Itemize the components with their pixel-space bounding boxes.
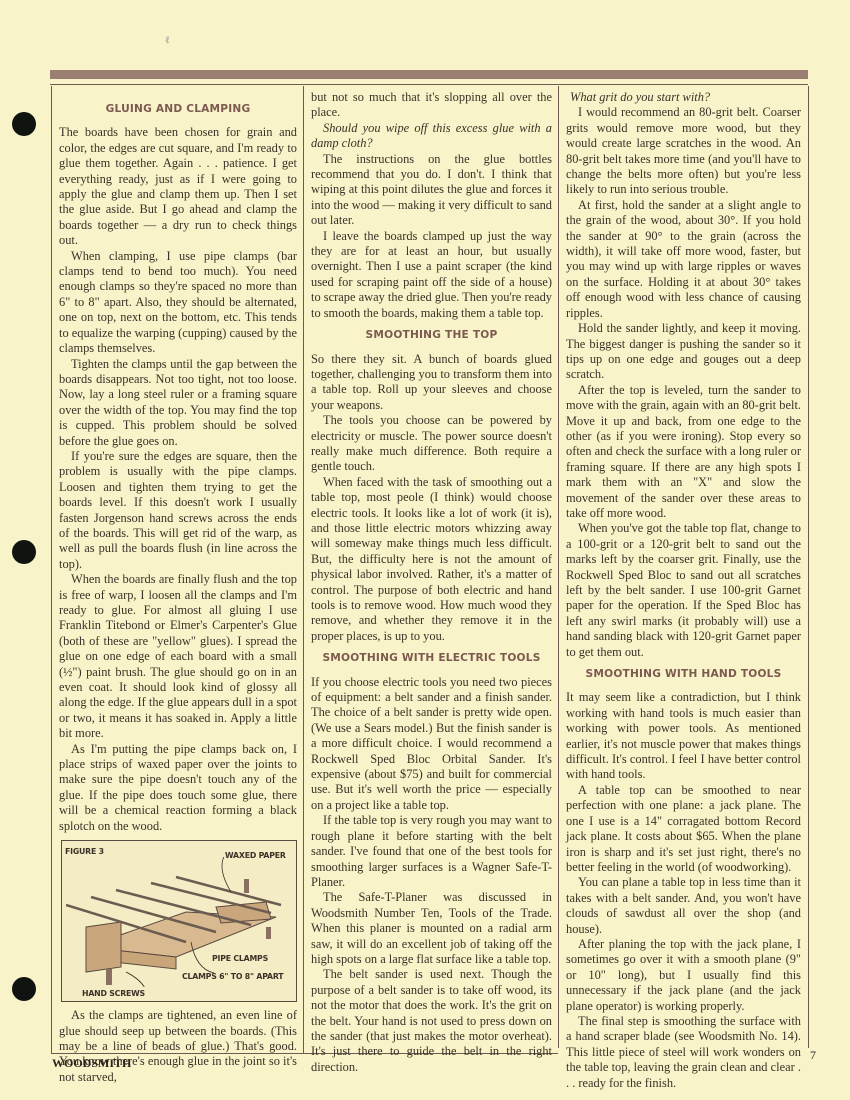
paragraph: A table top can be smoothed to near perf… <box>566 783 801 875</box>
paragraph: Tighten the clamps until the gap between… <box>59 357 297 449</box>
paragraph: I would recommend an 80-grit belt. Coars… <box>566 105 801 197</box>
paragraph: I leave the boards clamped up just the w… <box>311 229 552 321</box>
header-rule-thin <box>50 84 808 85</box>
question: Should you wipe off this excess glue wit… <box>311 121 552 152</box>
paragraph: When the boards are finally flush and th… <box>59 572 297 741</box>
header-rule-thick <box>50 70 808 79</box>
paragraph: You can plane a table top in less time t… <box>566 875 801 937</box>
paragraph: When clamping, I use pipe clamps (bar cl… <box>59 249 297 357</box>
paragraph: At first, hold the sander at a slight an… <box>566 198 801 321</box>
clamp-assembly-illustration <box>66 857 298 987</box>
heading-smoothing-the-top: SMOOTHING THE TOP <box>311 328 552 343</box>
label-clamp-spacing: CLAMPS 6" TO 8" APART <box>182 969 283 984</box>
paragraph: Hold the sander lightly, and keep it mov… <box>566 321 801 383</box>
paragraph: The final step is smoothing the surface … <box>566 1014 801 1091</box>
paragraph: The tools you choose can be powered by e… <box>311 413 552 475</box>
punch-hole-top <box>12 112 36 136</box>
paragraph: When you've got the table top flat, chan… <box>566 521 801 660</box>
punch-hole-middle <box>12 540 36 564</box>
heading-smoothing-with-electric-tools: SMOOTHING WITH ELECTRIC TOOLS <box>311 651 552 666</box>
paragraph: If you choose electric tools you need tw… <box>311 675 552 814</box>
column-3: What grit do you start with? I would rec… <box>558 86 809 1048</box>
column-2: but not so much that it's slopping all o… <box>303 86 558 1054</box>
paragraph: The Safe-T-Planer was discussed in Woods… <box>311 890 552 967</box>
paragraph: If you're sure the edges are square, the… <box>59 449 297 572</box>
paragraph: After planing the top with the jack plan… <box>566 937 801 1014</box>
paragraph: So there they sit. A bunch of boards glu… <box>311 352 552 414</box>
label-hand-screws: HAND SCREWS <box>82 986 145 1001</box>
column-1: GLUING AND CLAMPING The boards have been… <box>51 86 303 1054</box>
punch-hole-bottom <box>12 977 36 1001</box>
heading-smoothing-with-hand-tools: SMOOTHING WITH HAND TOOLS <box>566 667 801 682</box>
stray-mark: ℓ <box>165 35 170 46</box>
paragraph: After the top is leveled, turn the sande… <box>566 383 801 522</box>
label-pipe-clamps: PIPE CLAMPS <box>212 951 268 966</box>
paragraph: but not so much that it's slopping all o… <box>311 90 552 121</box>
figure-3: FIGURE 3 WAXED PAPER <box>61 840 297 1002</box>
paragraph: As I'm putting the pipe clamps back on, … <box>59 742 297 834</box>
question: What grit do you start with? <box>566 90 801 105</box>
paragraph: When faced with the task of smoothing ou… <box>311 475 552 644</box>
paragraph: It may seem like a contradiction, but I … <box>566 690 801 782</box>
paragraph: If the table top is very rough you may w… <box>311 813 552 890</box>
paragraph: The instructions on the glue bottles rec… <box>311 152 552 229</box>
footer-title: WOODSMITH <box>52 1056 131 1071</box>
heading-gluing-and-clamping: GLUING AND CLAMPING <box>59 102 297 117</box>
paragraph: The boards have been chosen for grain an… <box>59 125 297 248</box>
paragraph: The belt sander is used next. Though the… <box>311 967 552 1075</box>
paragraph: As the clamps are tightened, an even lin… <box>59 1008 297 1085</box>
page-number: 7 <box>810 1048 816 1063</box>
